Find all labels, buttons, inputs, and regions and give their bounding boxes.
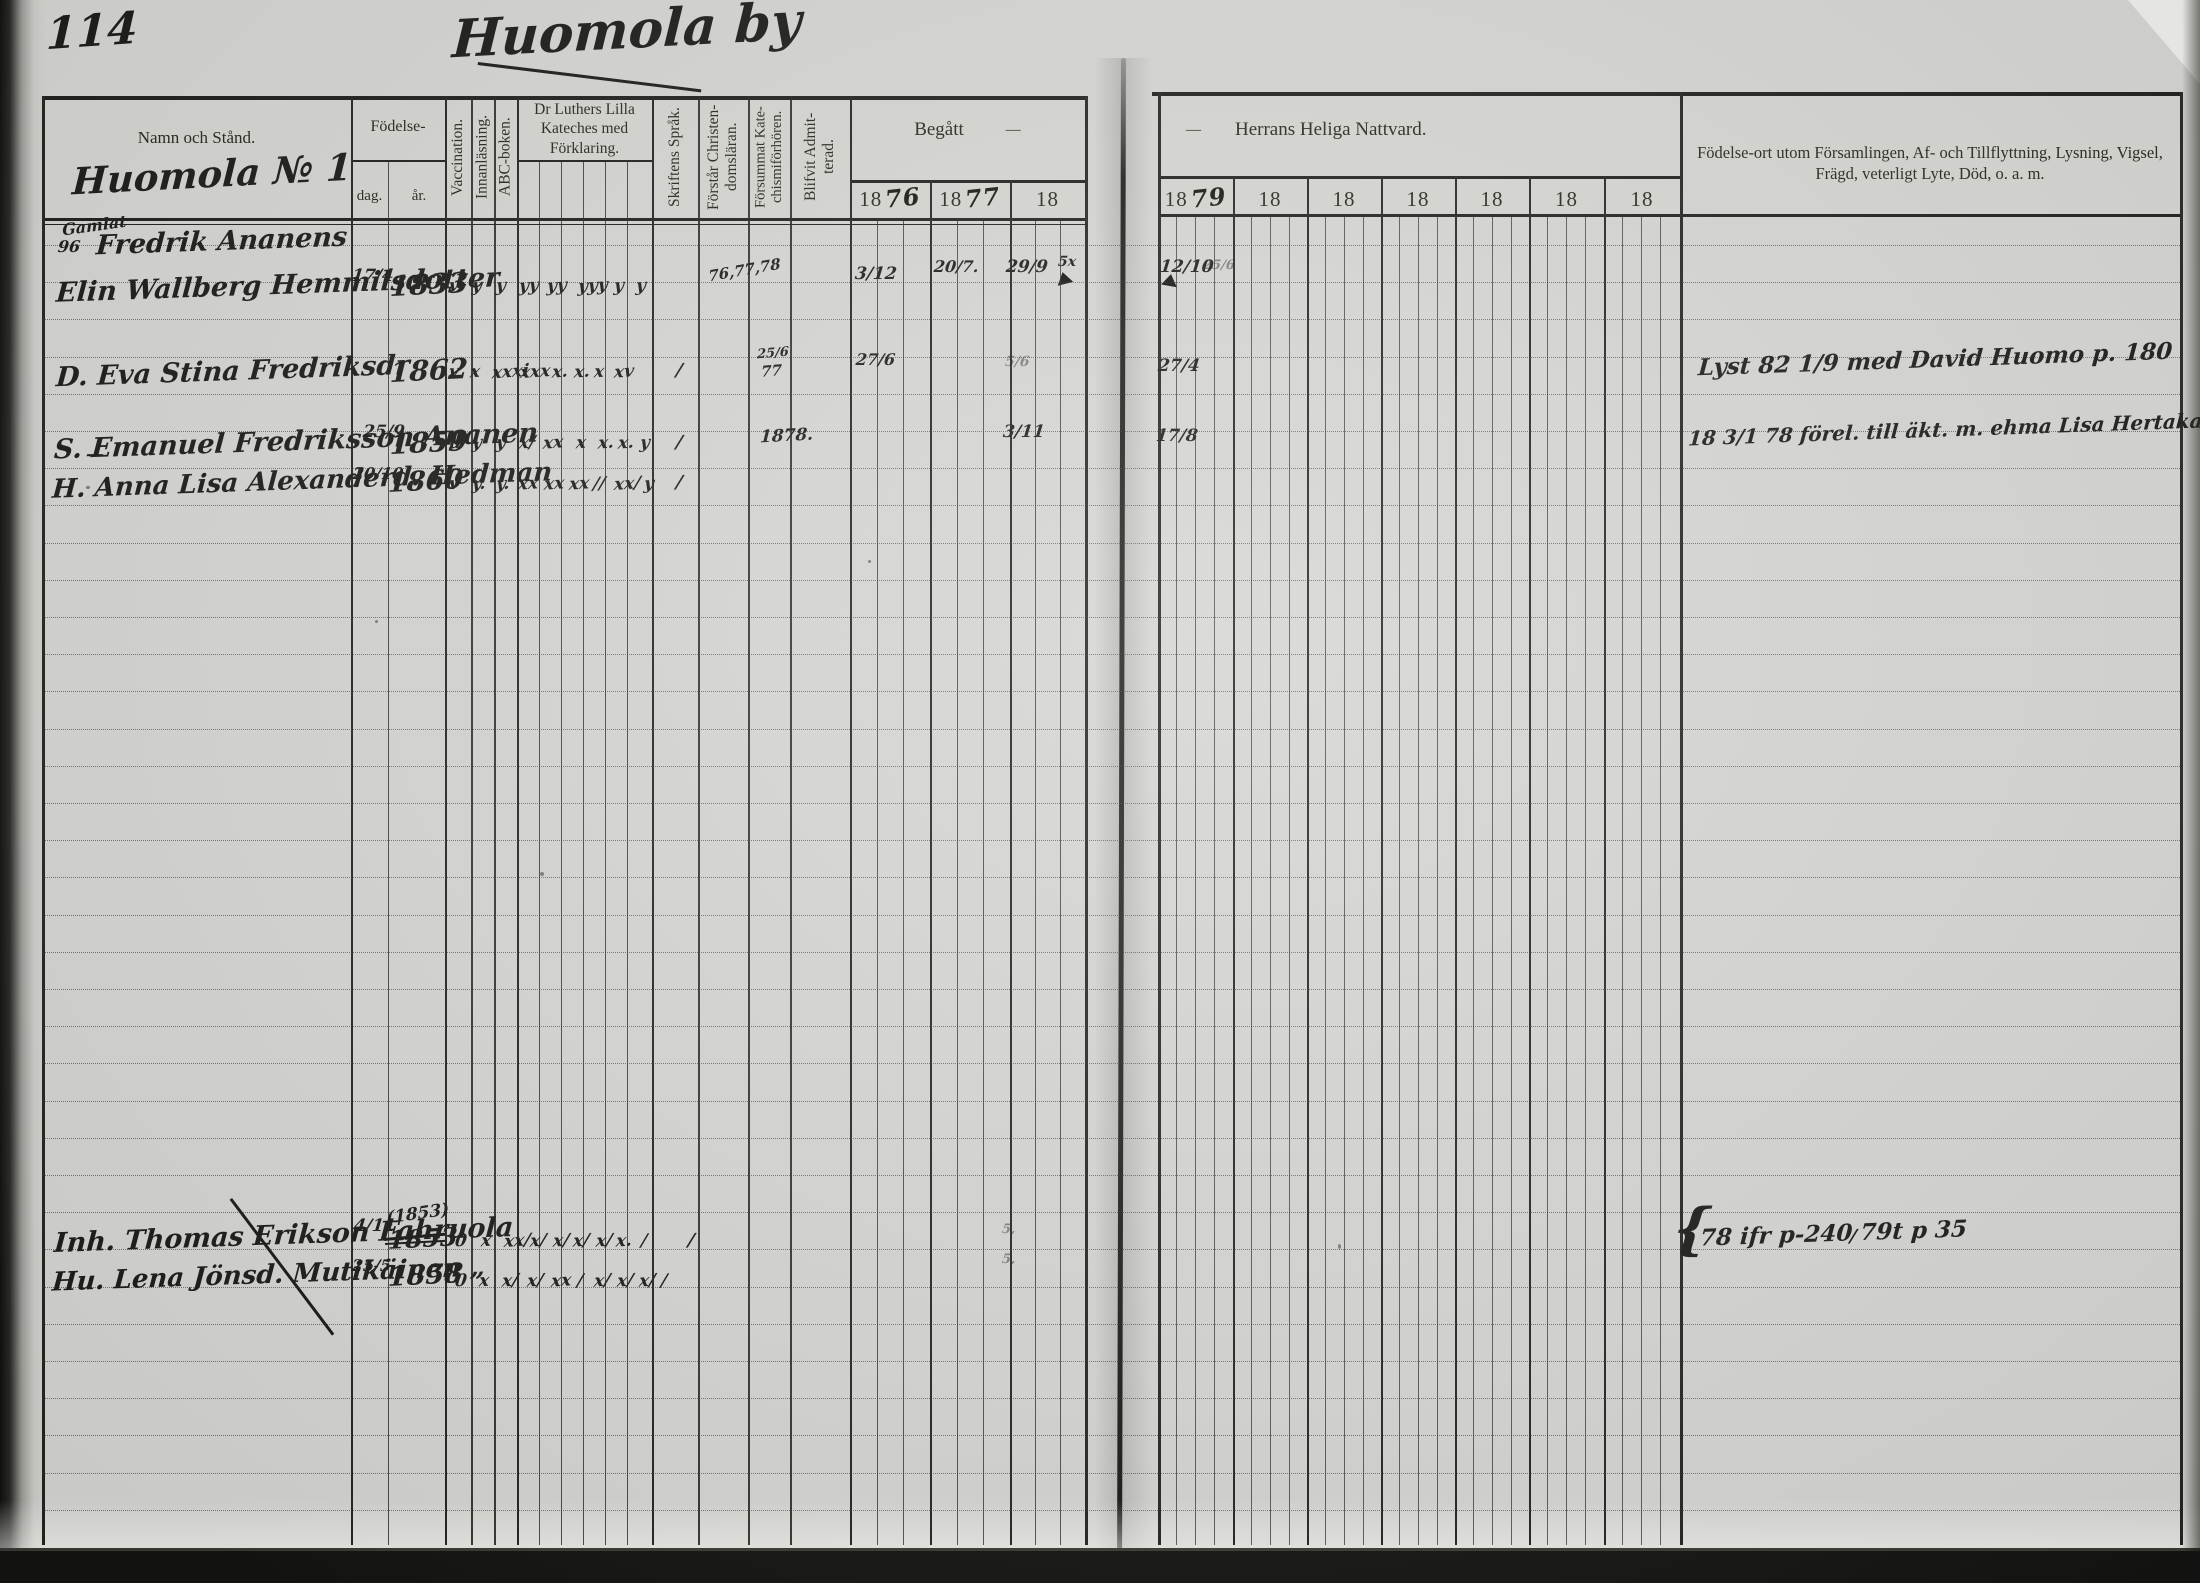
row-dotted-line <box>42 543 2180 544</box>
handwritten-mark: x/ <box>501 1270 519 1291</box>
row-dotted-line <box>42 617 2180 618</box>
year-printed: 18 <box>1407 187 1430 212</box>
catechism-column-header: Dr Luthers Lilla Kateches med Förklaring… <box>519 98 650 160</box>
birth-column-header: Födelse- <box>351 100 445 154</box>
year-printed: 18 <box>1036 187 1059 212</box>
handwritten-mark: y. <box>495 473 511 494</box>
row-dotted-line <box>42 580 2180 581</box>
handwritten-mark: x <box>575 433 587 454</box>
year-handwritten: 79 <box>1189 181 1227 214</box>
communion-right-header: —Herrans Heliga Nattvard. <box>1158 112 1586 148</box>
handwritten-mark: yy <box>546 275 568 297</box>
row-dotted-line <box>42 1138 2180 1139</box>
handwritten-rA-b3: 5, <box>1001 1222 1016 1237</box>
handwritten-mark: x <box>478 1271 490 1292</box>
handwritten-r3-missed-a: 25/6 <box>757 345 789 363</box>
handwritten-mark: xx/ <box>503 1230 532 1252</box>
printed-rule-vertical <box>1176 217 1177 1545</box>
handwritten-mark: y <box>495 433 507 454</box>
handwritten-r3-b1: 27/6 <box>855 350 896 369</box>
printed-rule-vertical <box>850 96 852 1545</box>
row-dotted-line <box>42 1398 2180 1399</box>
row-dotted-line <box>42 1287 2180 1288</box>
handwritten-mark: xx <box>542 432 564 454</box>
handwritten-mark: y <box>643 474 655 495</box>
handwritten-mark: x. <box>597 432 615 453</box>
handwritten-mark: x/ <box>529 1230 547 1251</box>
row-dotted-line <box>42 1063 2180 1064</box>
printed-rule-vertical <box>445 96 447 1545</box>
printed-rule-vertical <box>517 96 519 1545</box>
row-dotted-line <box>42 840 2180 841</box>
printed-rule-vertical <box>1418 217 1419 1545</box>
row-dotted-line <box>42 952 2180 953</box>
handwritten-rA-year: 1853 <box>387 1222 458 1255</box>
year-printed: 18 <box>1481 187 1504 212</box>
handwritten-r2-b3: 29/9 <box>1005 257 1049 277</box>
year-handwritten: 77 <box>964 181 1002 214</box>
notes-column-header: Födelse-ort utom Församlingen, Af- och T… <box>1690 126 2170 202</box>
dash-glyph: — <box>1186 121 1201 140</box>
handwritten-r3-b3: 5/6 <box>1004 354 1030 370</box>
handwritten-title: Huomola by <box>451 0 803 70</box>
printed-rule-vertical <box>983 221 984 1545</box>
handwritten-dash1: — <box>85 444 105 465</box>
handwritten-rA-note: 78 ifr p-240 79t p 35 <box>1699 1215 1968 1251</box>
year-handwritten: 76 <box>884 181 922 214</box>
scanned-parish-register-page: Namn och Stånd. Födelse- dag. år. Vaccin… <box>0 0 2200 1583</box>
printed-rule-vertical <box>1680 92 1683 1545</box>
handwritten-mark: y <box>471 433 483 454</box>
vaccination-column-header: Vaccination. <box>445 98 471 216</box>
printed-rule-vertical <box>1233 176 1235 1545</box>
handwritten-rB-b3: 5, <box>1001 1252 1016 1267</box>
handwritten-mark: x. <box>551 361 569 382</box>
year-printed: 18 <box>1555 187 1578 212</box>
handwritten-r1-pre2: 96 <box>57 237 81 256</box>
year-printed: 18 <box>1165 187 1188 212</box>
year-header-cell: 18 <box>1529 182 1604 216</box>
handwritten-mark: v <box>448 474 460 495</box>
row-dotted-line <box>42 803 2180 804</box>
row-dotted-line <box>42 1212 2180 1213</box>
handwritten-mark: x/ <box>638 1270 656 1291</box>
reading-column-header: Innanläsning. <box>471 98 494 216</box>
handwritten-r2-n1b: 25/6 <box>1202 258 1235 273</box>
missed-examination-column-header: Försummat Kate- chismiförhören. <box>748 98 790 216</box>
row-dotted-line <box>42 1361 2180 1362</box>
printed-rule-vertical <box>790 96 792 1545</box>
handwritten-r4-note: 18 3/1 78 förel. till äkt. m. ehma Lisa … <box>1687 406 2200 451</box>
printed-rule-vertical <box>1622 217 1623 1545</box>
printed-rule-vertical <box>351 96 353 1545</box>
handwritten-r1-name: Fredrik Ananens <box>95 222 348 262</box>
printed-rule-vertical <box>494 96 496 1545</box>
handwritten-rA-skrift: / <box>687 1230 696 1251</box>
printed-rule-vertical <box>1270 217 1271 1545</box>
year-printed: 18 <box>1631 187 1654 212</box>
handwritten-mark: x/ <box>518 432 536 453</box>
year-header-cell: 18 <box>1010 182 1085 216</box>
printed-rule-vertical <box>957 221 958 1545</box>
handwritten-rB-year: 1858 <box>387 1258 464 1293</box>
handwritten-mark: // <box>592 473 607 494</box>
printed-rule-vertical <box>1010 180 1012 1545</box>
printed-rule-vertical <box>1547 217 1548 1545</box>
row-dotted-line <box>42 877 2180 878</box>
row-dotted-line <box>42 1324 2180 1325</box>
row-dotted-line <box>42 1026 2180 1027</box>
printed-rule-vertical <box>903 221 904 1545</box>
handwritten-mark: yyy <box>577 275 609 297</box>
handwritten-mark: x/ <box>595 1230 613 1251</box>
printed-rule-vertical <box>748 96 750 1545</box>
admitted-column-header: Blifvit Admit- terad. <box>790 98 850 216</box>
handwritten-mark: y <box>639 433 651 454</box>
handwritten-r2-b2: 20/7. <box>933 257 980 276</box>
printed-rule-vertical <box>1381 176 1383 1545</box>
printed-rule <box>42 96 1088 100</box>
year-header-cell: 18 <box>1233 182 1307 216</box>
printed-rule-vertical <box>1251 217 1252 1545</box>
handwritten-mark: x <box>469 362 481 383</box>
handwritten-page-number: 114 <box>45 3 138 61</box>
printed-rule-vertical <box>1437 217 1438 1545</box>
printed-rule <box>351 160 445 162</box>
handwritten-r2-b3b: 5x <box>1057 254 1077 270</box>
row-dotted-line <box>42 505 2180 506</box>
printed-rule-vertical <box>1511 217 1512 1545</box>
row-dotted-line <box>42 1473 2180 1474</box>
year-printed: 18 <box>1259 187 1282 212</box>
year-header-cell: 18 <box>1455 182 1529 216</box>
printed-rule <box>42 218 1085 221</box>
page-bottom-highlight <box>0 1500 2200 1548</box>
printed-rule-vertical <box>877 221 878 1545</box>
handwritten-mark: xx/ <box>613 473 642 495</box>
printed-rule <box>1158 176 1680 179</box>
handwritten-mark: 0 <box>454 1270 468 1291</box>
printed-rule-vertical <box>1473 217 1474 1545</box>
row-dotted-line <box>42 394 2180 395</box>
row-dotted-line <box>42 1510 2180 1511</box>
printed-rule-vertical <box>605 162 606 1545</box>
printed-rule-vertical <box>1307 176 1309 1545</box>
year-printed: 18 <box>859 187 882 212</box>
abc-book-column-header: ABC-boken. <box>494 98 517 216</box>
handwritten-mark: x/ <box>552 1230 570 1251</box>
printed-rule <box>517 160 652 162</box>
row-dotted-line <box>42 654 2180 655</box>
printed-rule-vertical <box>930 180 932 1545</box>
handwritten-r5-skrift: / <box>675 472 684 493</box>
row-dotted-line <box>42 989 2180 990</box>
handwritten-mark: v <box>448 362 460 383</box>
handwritten-mark: xv <box>613 361 635 383</box>
printed-rule-vertical <box>1399 217 1400 1545</box>
handwritten-mark: y <box>495 276 507 297</box>
birth-year-header: år. <box>393 176 445 216</box>
communion-left-header: Begått— <box>850 112 1085 148</box>
printed-rule-vertical <box>1604 176 1606 1545</box>
handwritten-r4-b3: 3/11 <box>1002 422 1046 442</box>
handwritten-mark: y <box>613 276 625 297</box>
printed-rule <box>42 224 1085 225</box>
handwritten-mark: u <box>448 432 462 453</box>
row-dotted-line <box>42 1101 2180 1102</box>
handwritten-mark: y <box>471 276 483 297</box>
handwritten-mark: y <box>635 276 647 297</box>
handwritten-mark: y. <box>471 473 487 494</box>
handwritten-mark: xx <box>543 473 565 495</box>
handwritten-mark: yy <box>518 275 540 297</box>
year-header-cell: 1879 <box>1158 182 1233 216</box>
handwritten-mark: / <box>660 1271 668 1292</box>
row-dotted-line <box>42 766 2180 767</box>
birth-day-header: dag. <box>351 176 388 216</box>
row-dotted-line <box>42 245 2180 246</box>
printed-rule-vertical <box>1566 217 1567 1545</box>
printed-rule-vertical <box>1158 92 1161 1545</box>
row-dotted-line <box>42 915 2180 916</box>
understands-doctrine-column-header: Förstår Christen- domsläran. <box>698 98 748 216</box>
printed-rule-vertical <box>1641 217 1642 1545</box>
printed-rule-vertical <box>1529 176 1531 1545</box>
scan-bottom-edge <box>0 1548 2200 1583</box>
handwritten-mark: 0 <box>454 1230 468 1251</box>
handwritten-r4-missed: 1878. <box>760 425 814 448</box>
scan-right-edge <box>2182 0 2200 1583</box>
row-dotted-line <box>42 1435 2180 1436</box>
handwritten-r4-skrift: / <box>675 432 684 453</box>
scan-speck <box>540 872 544 876</box>
printed-rule-vertical <box>698 96 700 1545</box>
row-dotted-line <box>42 1249 2180 1250</box>
handwritten-mark: x. <box>617 432 635 453</box>
printed-rule-vertical <box>42 96 45 1545</box>
handwritten-mark: x/ <box>616 1270 634 1291</box>
printed-rule-vertical <box>1363 217 1364 1545</box>
handwritten-r3-n1: 27/4 <box>1157 356 1201 376</box>
year-header-cell: 1876 <box>850 182 930 216</box>
printed-rule-vertical <box>2180 92 2183 1545</box>
printed-rule-vertical <box>1325 217 1326 1545</box>
year-header-cell: 18 <box>1604 182 1680 216</box>
ink-blot <box>1055 270 1073 286</box>
handwritten-mark: x <box>593 362 605 383</box>
handwritten-r3-missed-b: 77 <box>761 361 782 381</box>
year-printed: 18 <box>939 187 962 212</box>
year-header-cell: 1877 <box>930 182 1010 216</box>
handwritten-mark: x/ <box>572 1230 590 1251</box>
row-dotted-line <box>42 319 2180 320</box>
printed-rule-vertical <box>1455 176 1457 1545</box>
printed-rule-vertical <box>1344 217 1345 1545</box>
scan-speck <box>375 620 378 623</box>
handwritten-mark: x/ <box>526 1270 544 1291</box>
handwritten-mark: xxx <box>519 361 551 383</box>
handwritten-mark: x/ <box>593 1270 611 1291</box>
scripture-language-column-header: Skriftens Språk. <box>652 98 698 216</box>
row-dotted-line <box>42 729 2180 730</box>
handwritten-mark: xx <box>550 1270 572 1292</box>
handwritten-r4-n1: 17/8 <box>1155 426 1199 446</box>
row-dotted-line <box>42 1175 2180 1176</box>
printed-rule-vertical <box>1060 221 1061 1545</box>
printed-rule-vertical <box>1289 217 1290 1545</box>
printed-rule-vertical <box>471 96 473 1545</box>
dash-glyph: — <box>1006 121 1021 140</box>
printed-rule-vertical <box>652 96 654 1545</box>
handwritten-mark: xx <box>517 473 539 495</box>
printed-rule-vertical <box>1585 217 1586 1545</box>
year-header-cell: 18 <box>1381 182 1455 216</box>
handwritten-rB-day: 25/5 <box>351 1256 392 1275</box>
handwritten-r3-skrift: / <box>675 360 684 381</box>
handwritten-r2-missed: 76,77,78 <box>708 255 781 286</box>
book-binding-edge <box>0 0 46 1583</box>
handwritten-mark: v <box>448 276 460 297</box>
handwritten-mark: x. <box>573 361 591 382</box>
handwritten-r3-note: Lyst 82 1/9 med David Huomo p. 180 <box>1697 338 2173 382</box>
printed-rule-vertical <box>1035 221 1036 1545</box>
row-dotted-line <box>42 691 2180 692</box>
handwritten-r2-day: 17/4 <box>351 266 395 286</box>
handwritten-mark: xx <box>568 473 590 495</box>
printed-rule-vertical <box>1660 217 1661 1545</box>
year-printed: 18 <box>1333 187 1356 212</box>
scan-speck <box>868 560 871 563</box>
handwritten-mark: x. <box>615 1230 633 1251</box>
printed-rule-vertical <box>1195 217 1196 1545</box>
year-header-cell: 18 <box>1307 182 1381 216</box>
printed-rule <box>1152 92 2180 96</box>
printed-rule-vertical <box>1085 96 1088 1545</box>
printed-rule-vertical <box>1492 217 1493 1545</box>
handwritten-r2-b1: 3/12 <box>854 264 898 284</box>
printed-rule-vertical <box>1214 217 1215 1545</box>
